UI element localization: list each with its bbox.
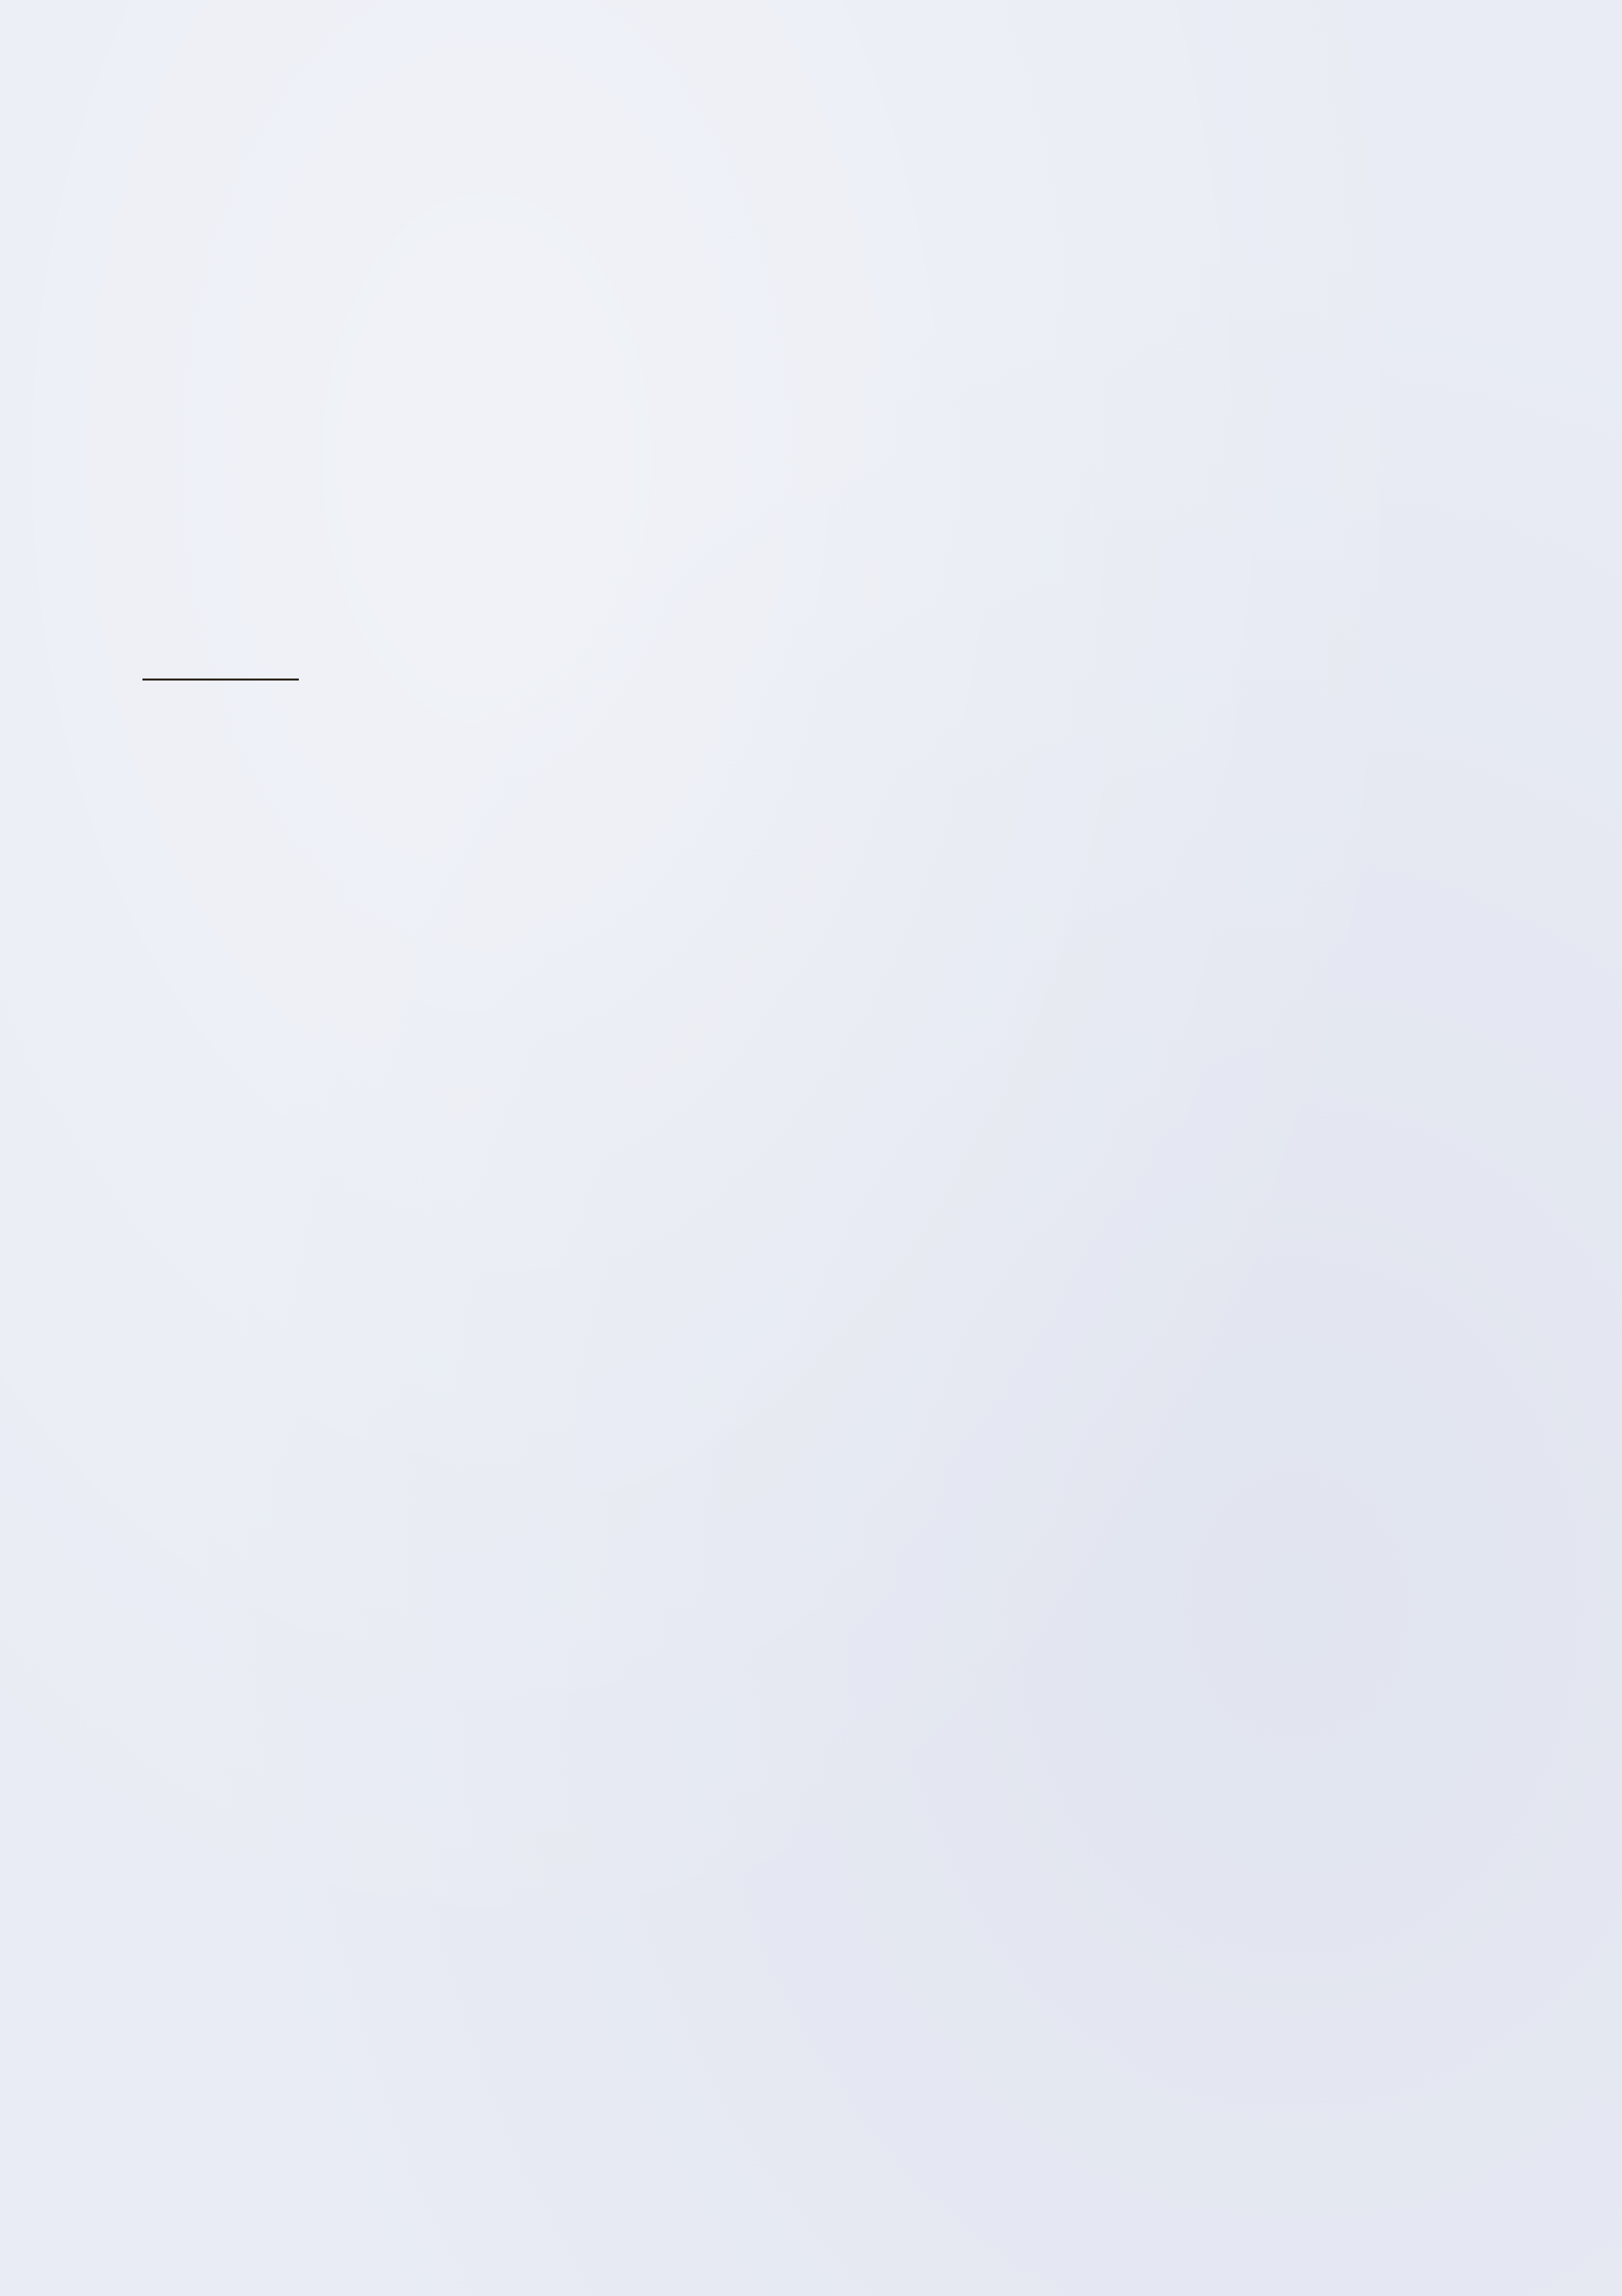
letterhead	[172, 133, 835, 228]
addressee	[940, 136, 1576, 166]
paper-background	[0, 0, 1622, 2296]
registration-block	[133, 603, 894, 749]
